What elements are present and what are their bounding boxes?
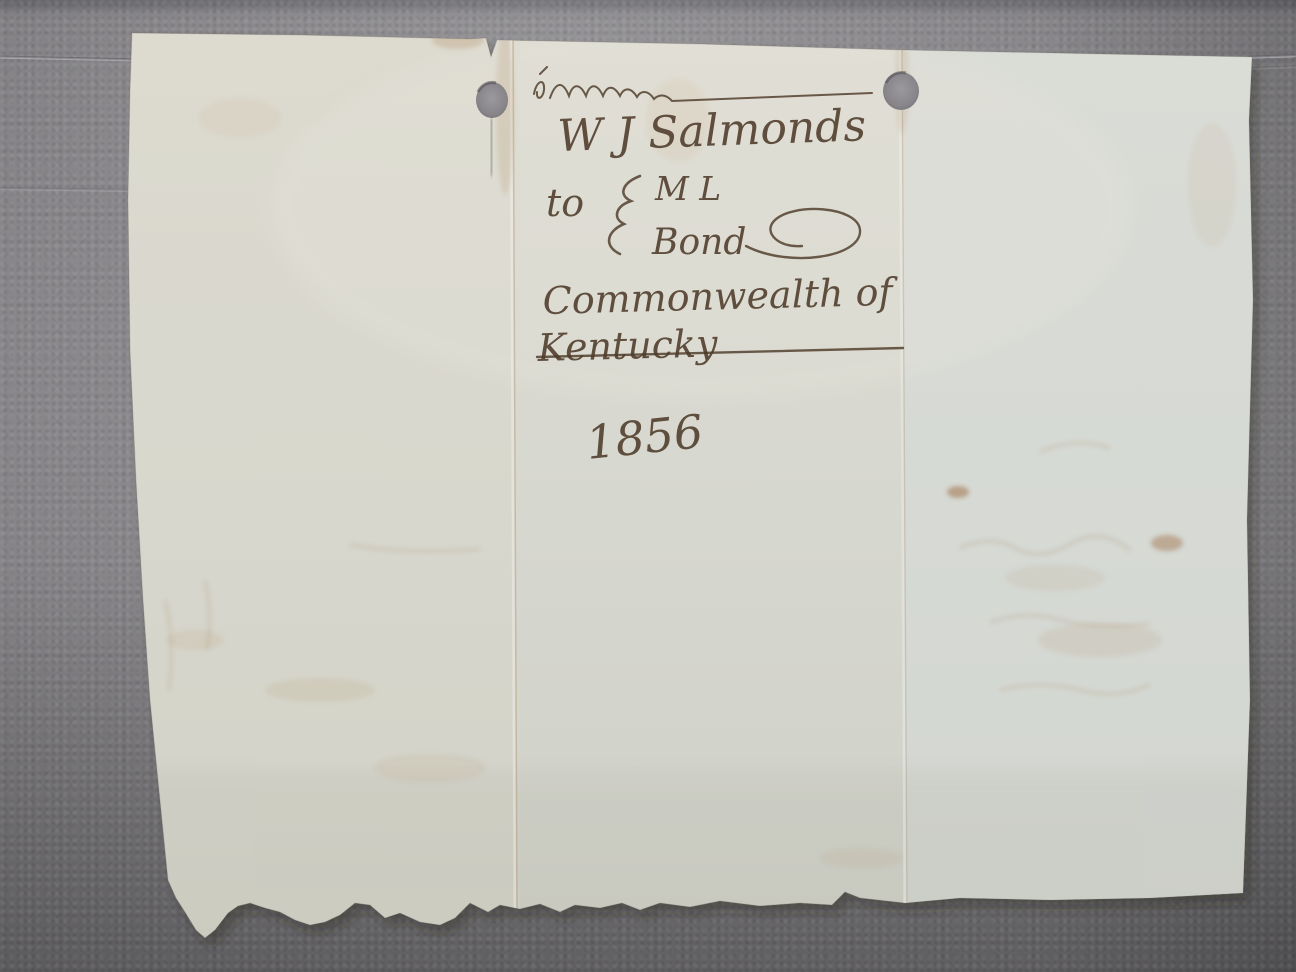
grantee-line1: M L <box>654 169 721 208</box>
stain <box>947 486 969 498</box>
paper-bottom-shade <box>120 770 1260 950</box>
stain <box>375 754 485 782</box>
stain <box>820 848 904 868</box>
body-line1: Commonwealth of <box>542 270 899 323</box>
grantee-line2: Bond <box>651 222 746 263</box>
stain <box>167 630 223 650</box>
stain <box>1151 535 1183 551</box>
body-line2: Kentucky <box>536 321 718 370</box>
stain <box>1038 623 1162 657</box>
stain <box>198 98 282 138</box>
docket-name-line: W J Salmonds <box>557 100 867 162</box>
to-label: to <box>546 181 584 225</box>
scene-svg: W J Salmonds to M L Bond Commonwealth of… <box>0 0 1296 972</box>
stain <box>265 678 375 702</box>
stain <box>1188 123 1236 247</box>
stain <box>1005 565 1105 591</box>
photo-frame: W J Salmonds to M L Bond Commonwealth of… <box>0 0 1296 972</box>
hole-tear-streak <box>491 118 492 176</box>
stain <box>432 31 484 49</box>
